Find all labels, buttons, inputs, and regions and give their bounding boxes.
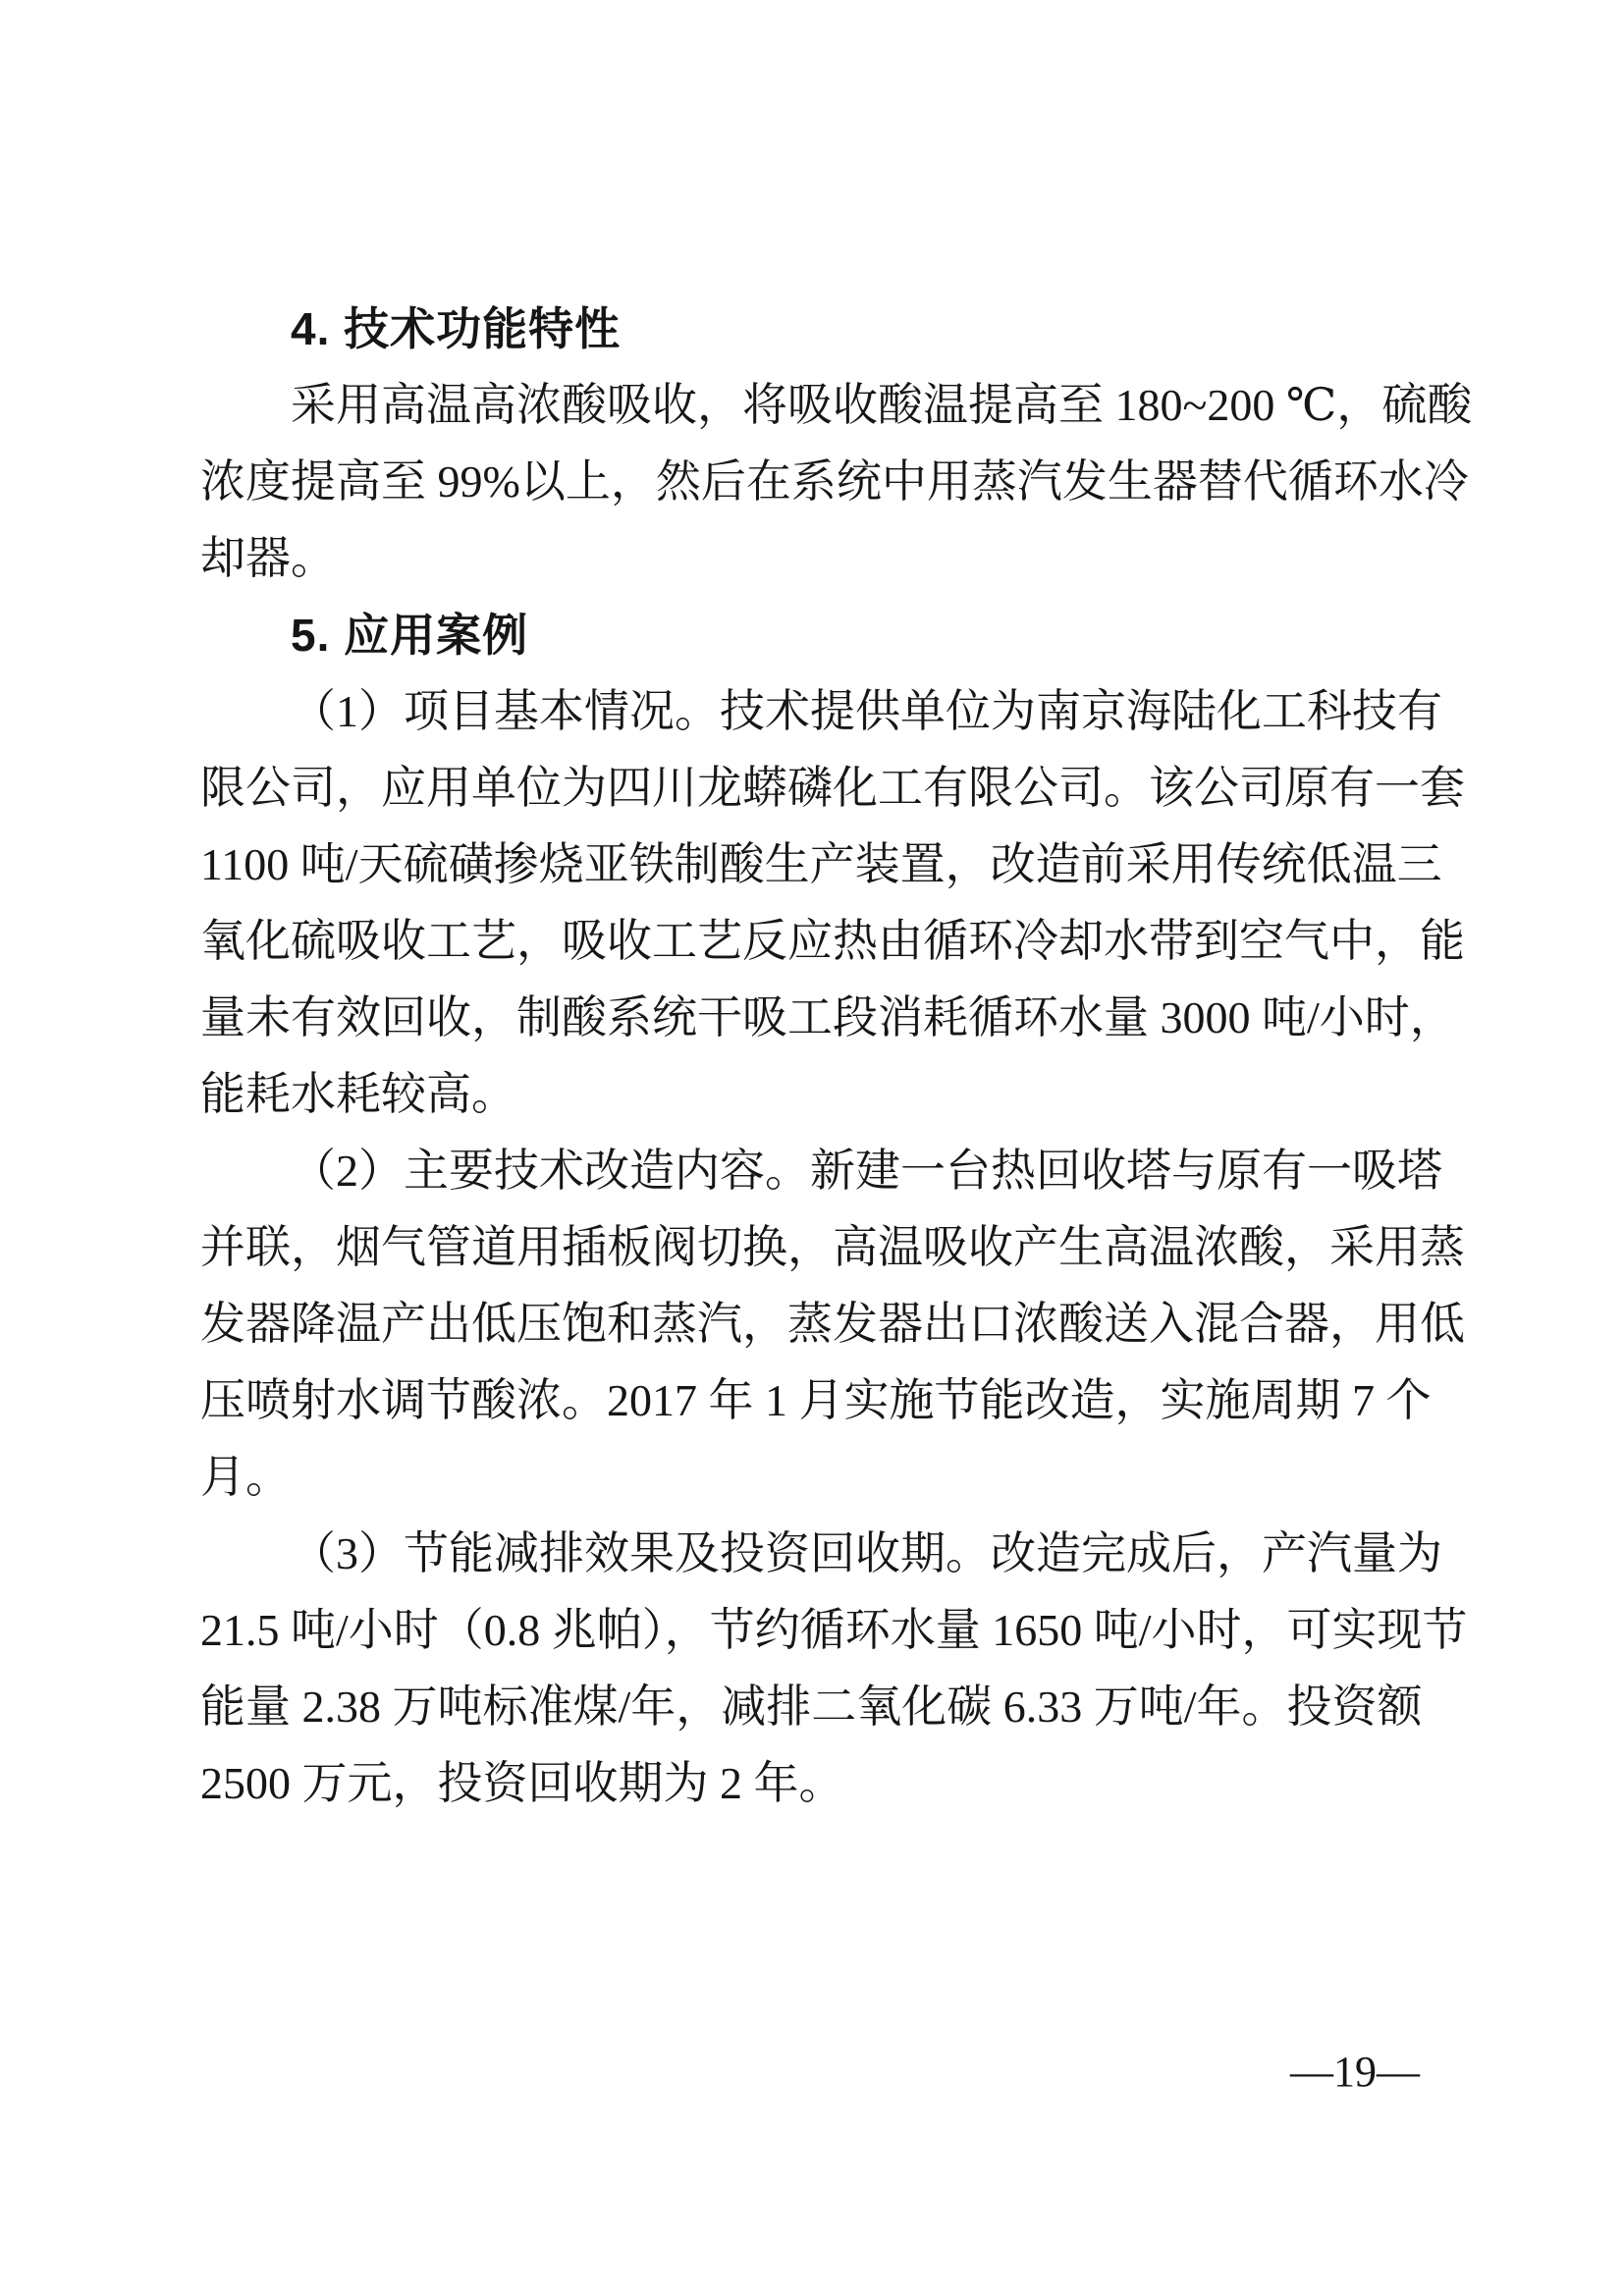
body-line: 浓度提高至 99%以上，然后在系统中用蒸汽发生器替代循环水冷 [200, 444, 1415, 520]
body-line: 能量 2.38 万吨标准煤/年，减排二氧化碳 6.33 万吨/年。投资额 [200, 1669, 1415, 1745]
section-heading-5: 5. 应用案例 [200, 597, 1415, 673]
body-line: 并联，烟气管道用插板阀切换，高温吸收产生高温浓酸，采用蒸 [200, 1209, 1415, 1286]
body-line: 发器降温产出低压饱和蒸汽，蒸发器出口浓酸送入混合器，用低 [200, 1286, 1415, 1362]
body-line: 压喷射水调节酸浓。2017 年 1 月实施节能改造，实施周期 7 个 [200, 1362, 1415, 1439]
section-heading-4: 4. 技术功能特性 [200, 291, 1415, 367]
document-page: 4. 技术功能特性 采用高温高浓酸吸收，将吸收酸温提高至 180~200 ℃，硫… [0, 0, 1623, 2296]
body-line: 1100 吨/天硫磺掺烧亚铁制酸生产装置，改造前采用传统低温三 [200, 827, 1415, 903]
body-line: （1）项目基本情况。技术提供单位为南京海陆化工科技有 [200, 673, 1415, 750]
document-body: 4. 技术功能特性 采用高温高浓酸吸收，将吸收酸温提高至 180~200 ℃，硫… [200, 291, 1415, 1822]
body-line: 氧化硫吸收工艺，吸收工艺反应热由循环冷却水带到空气中，能 [200, 903, 1415, 980]
body-line: 2500 万元，投资回收期为 2 年。 [200, 1745, 1415, 1822]
page-number: —19— [1290, 2048, 1420, 2097]
body-line: 限公司，应用单位为四川龙蟒磷化工有限公司。该公司原有一套 [200, 750, 1415, 827]
body-line: 量未有效回收，制酸系统干吸工段消耗循环水量 3000 吨/小时， [200, 980, 1415, 1056]
body-line: （2）主要技术改造内容。新建一台热回收塔与原有一吸塔 [200, 1133, 1415, 1209]
body-line: 21.5 吨/小时（0.8 兆帕），节约循环水量 1650 吨/小时，可实现节 [200, 1592, 1415, 1669]
body-line: （3）节能减排效果及投资回收期。改造完成后，产汽量为 [200, 1516, 1415, 1592]
body-line: 能耗水耗较高。 [200, 1056, 1415, 1133]
body-line: 采用高温高浓酸吸收，将吸收酸温提高至 180~200 ℃，硫酸 [200, 367, 1415, 444]
body-line: 却器。 [200, 520, 1415, 597]
body-line: 月。 [200, 1439, 1415, 1516]
